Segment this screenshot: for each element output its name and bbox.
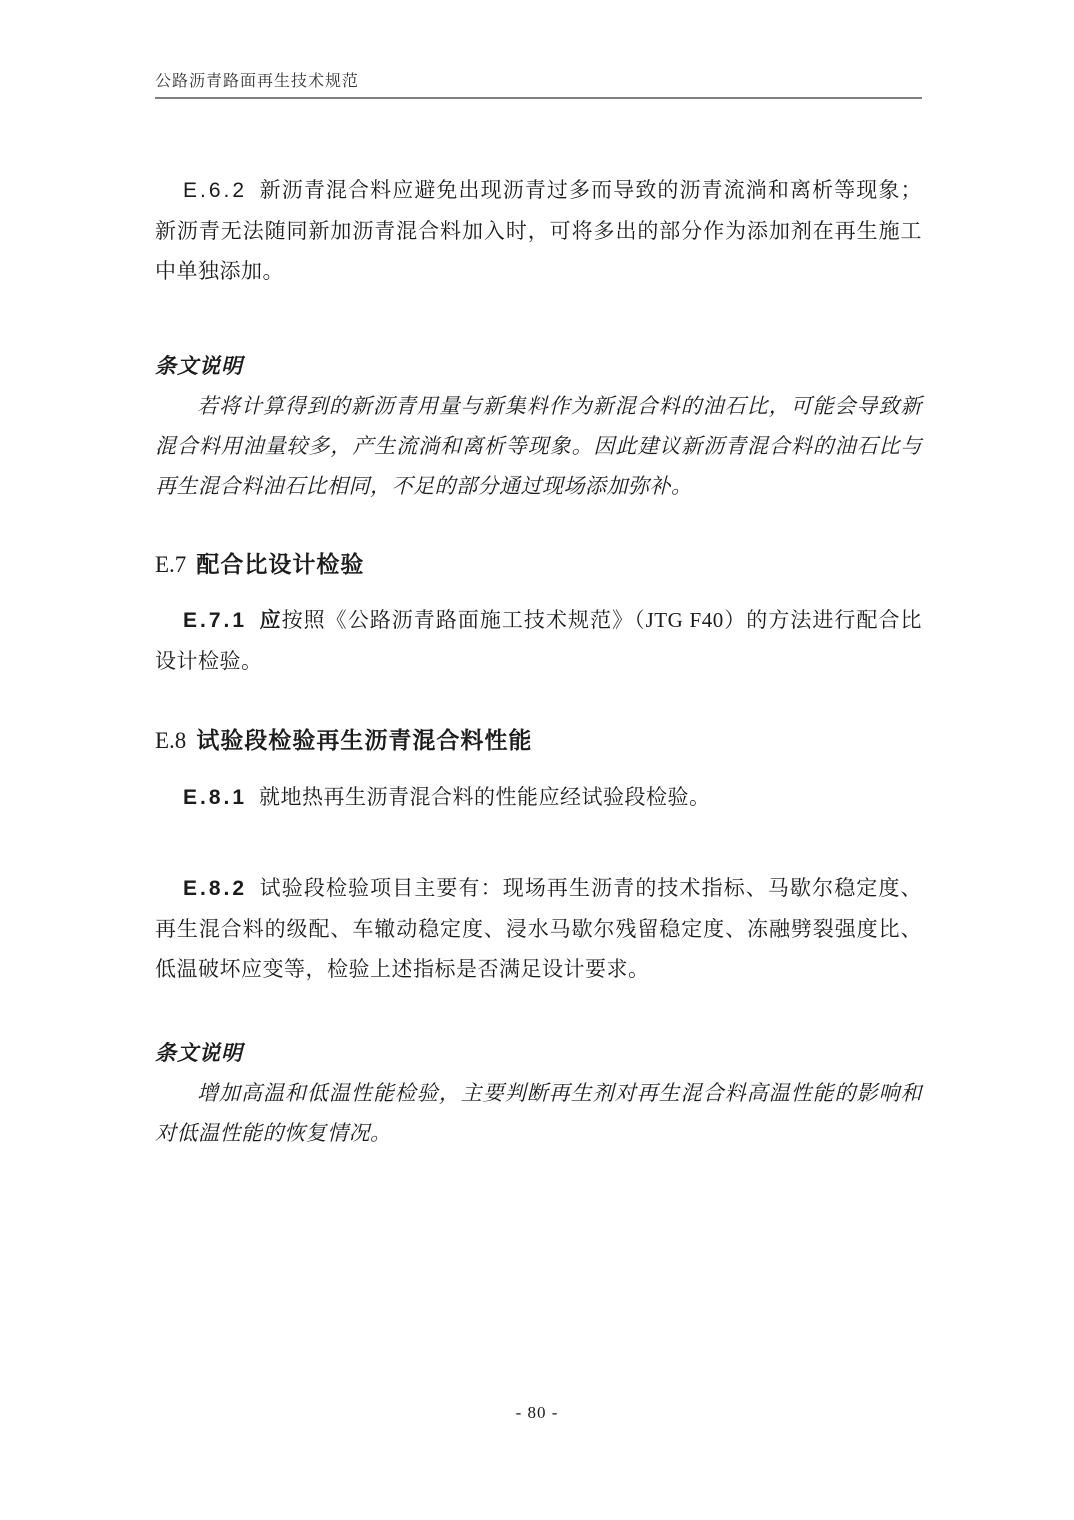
commentary-1-title: 条文说明 [155,346,922,386]
clause-e81-number: E.8.1 [183,786,247,809]
commentary-2-text: 增加高温和低温性能检验，主要判断再生剂对再生混合料高温性能的影响和对低温性能的恢… [155,1073,922,1153]
section-e8-number: E.8 [155,728,186,753]
document-title: 公路沥青路面再生技术规范 [155,73,359,90]
section-e7-number: E.7 [155,552,186,577]
clause-e81: E.8.1就地热再生沥青混合料的性能应经试验段检验。 [155,777,922,818]
clause-e62-number: E.6.2 [183,179,247,202]
clause-e82-text: 试验段检验项目主要有：现场再生沥青的技术指标、马歇尔稳定度、再生混合料的级配、车… [155,876,922,981]
document-page: 公路沥青路面再生技术规范 E.6.2新沥青混合料应避免出现沥青过多而导致的沥青流… [0,0,1074,1520]
clause-e71-number: E.7.1 [183,609,247,632]
clause-e62: E.6.2新沥青混合料应避免出现沥青过多而导致的沥青流淌和离析等现象；新沥青无法… [155,170,922,291]
clause-e82-number: E.8.2 [183,877,247,900]
clause-e82: E.8.2试验段检验项目主要有：现场再生沥青的技术指标、马歇尔稳定度、再生混合料… [155,868,922,989]
clause-e81-text: 就地热再生沥青混合料的性能应经试验段检验。 [259,785,711,809]
running-header: 公路沥青路面再生技术规范 [155,70,922,99]
commentary-2-title: 条文说明 [155,1033,922,1073]
page-number: - 80 - [0,1400,1074,1426]
section-e8-title: 试验段检验再生沥青混合料性能 [196,727,532,753]
section-heading-e8: E.8试验段检验再生沥青混合料性能 [155,720,922,761]
clause-e62-text: 新沥青混合料应避免出现沥青过多而导致的沥青流淌和离析等现象；新沥青无法随同新加沥… [155,178,922,283]
page-content: E.6.2新沥青混合料应避免出现沥青过多而导致的沥青流淌和离析等现象；新沥青无法… [155,150,922,1153]
commentary-1-text: 若将计算得到的新沥青用量与新集料作为新混合料的油石比，可能会导致新混合料用油量较… [155,386,922,506]
section-heading-e7: E.7配合比设计检验 [155,544,922,585]
section-e7-title: 配合比设计检验 [196,551,364,577]
clause-e71-keyword: 应 [259,609,282,632]
clause-e71: E.7.1应按照《公路沥青路面施工技术规范》（JTG F40）的方法进行配合比设… [155,600,922,681]
